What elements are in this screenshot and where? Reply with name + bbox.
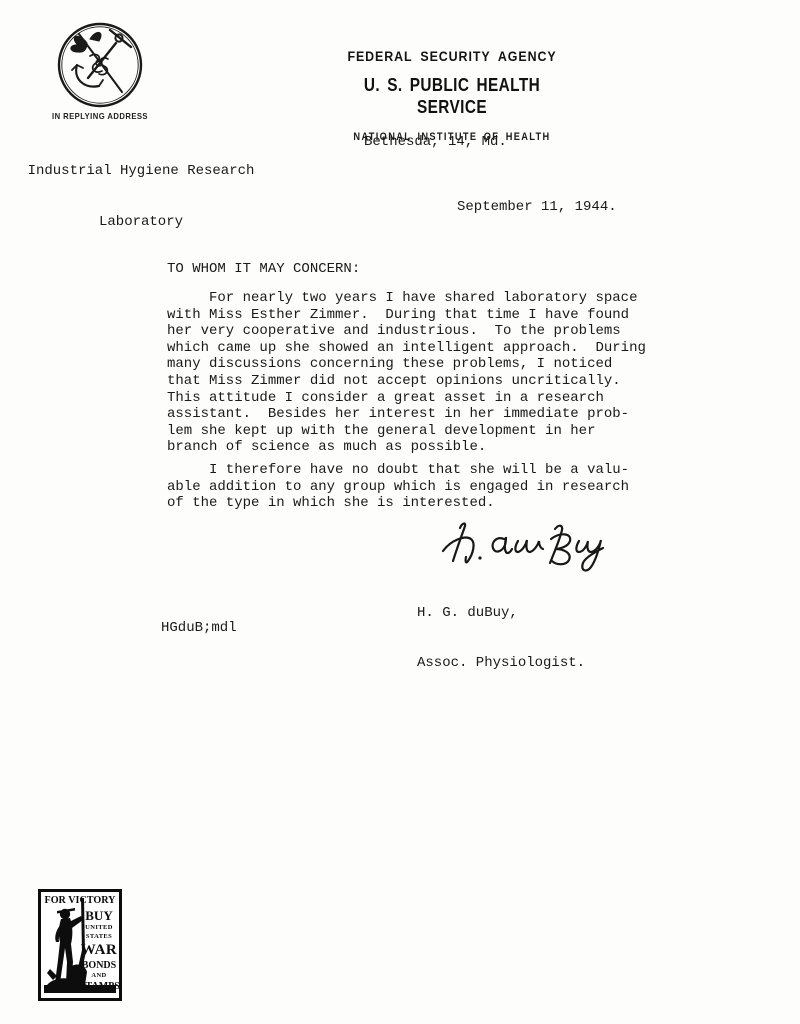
salutation: TO WHOM IT MAY CONCERN: (167, 261, 360, 277)
stamp-title: FOR VICTORY (44, 894, 116, 906)
body-paragraph-1: For nearly two years I have shared labor… (167, 290, 646, 456)
signed-title: Assoc. Physiologist. (417, 655, 585, 672)
phs-seal-icon (56, 21, 144, 109)
stamp-line-stamps: STAMPS (80, 982, 118, 992)
stamp-line-united: UNITED (80, 925, 118, 932)
signed-name: H. G. duBuy, (417, 605, 585, 622)
reply-label: IN REPLYING ADDRESS (42, 111, 159, 121)
letter-date: September 11, 1944. (457, 199, 617, 215)
stamp-text-column: BUY UNITED STATES WAR BONDS AND STAMPS (80, 907, 118, 992)
reply-address: Industrial Hygiene Research Laboratory (24, 129, 258, 265)
stamp-line-war: WAR (80, 943, 118, 958)
letterhead-location: Bethesda, 14, Md. (364, 134, 507, 150)
signature-block: H. G. duBuy, Assoc. Physiologist. (417, 571, 585, 705)
stamp-line-states: STATES (80, 934, 118, 941)
letterhead-agency: FEDERAL SECURITY AGENCY (314, 49, 590, 64)
stamp-line-bonds: BONDS (80, 961, 118, 971)
letterhead-service: U. S. PUBLIC HEALTH SERVICE (328, 74, 577, 118)
stamp-line-and: AND (80, 973, 118, 980)
letterhead: FEDERAL SECURITY AGENCY U. S. PUBLIC HEA… (302, 49, 602, 143)
scanned-letter-page: IN REPLYING ADDRESS Industrial Hygiene R… (0, 0, 800, 1024)
typist-reference: HGduB;mdl (161, 620, 237, 636)
reply-address-line2: Laboratory (24, 214, 258, 231)
war-bonds-stamp: FOR VICTORY BUY UNITED STATES WAR BONDS … (38, 889, 122, 1001)
reply-address-line1: Industrial Hygiene Research (24, 163, 258, 180)
stamp-line-buy: BUY (80, 909, 118, 922)
signature-icon (426, 515, 614, 573)
body-paragraph-2: I therefore have no doubt that she will … (167, 462, 629, 512)
